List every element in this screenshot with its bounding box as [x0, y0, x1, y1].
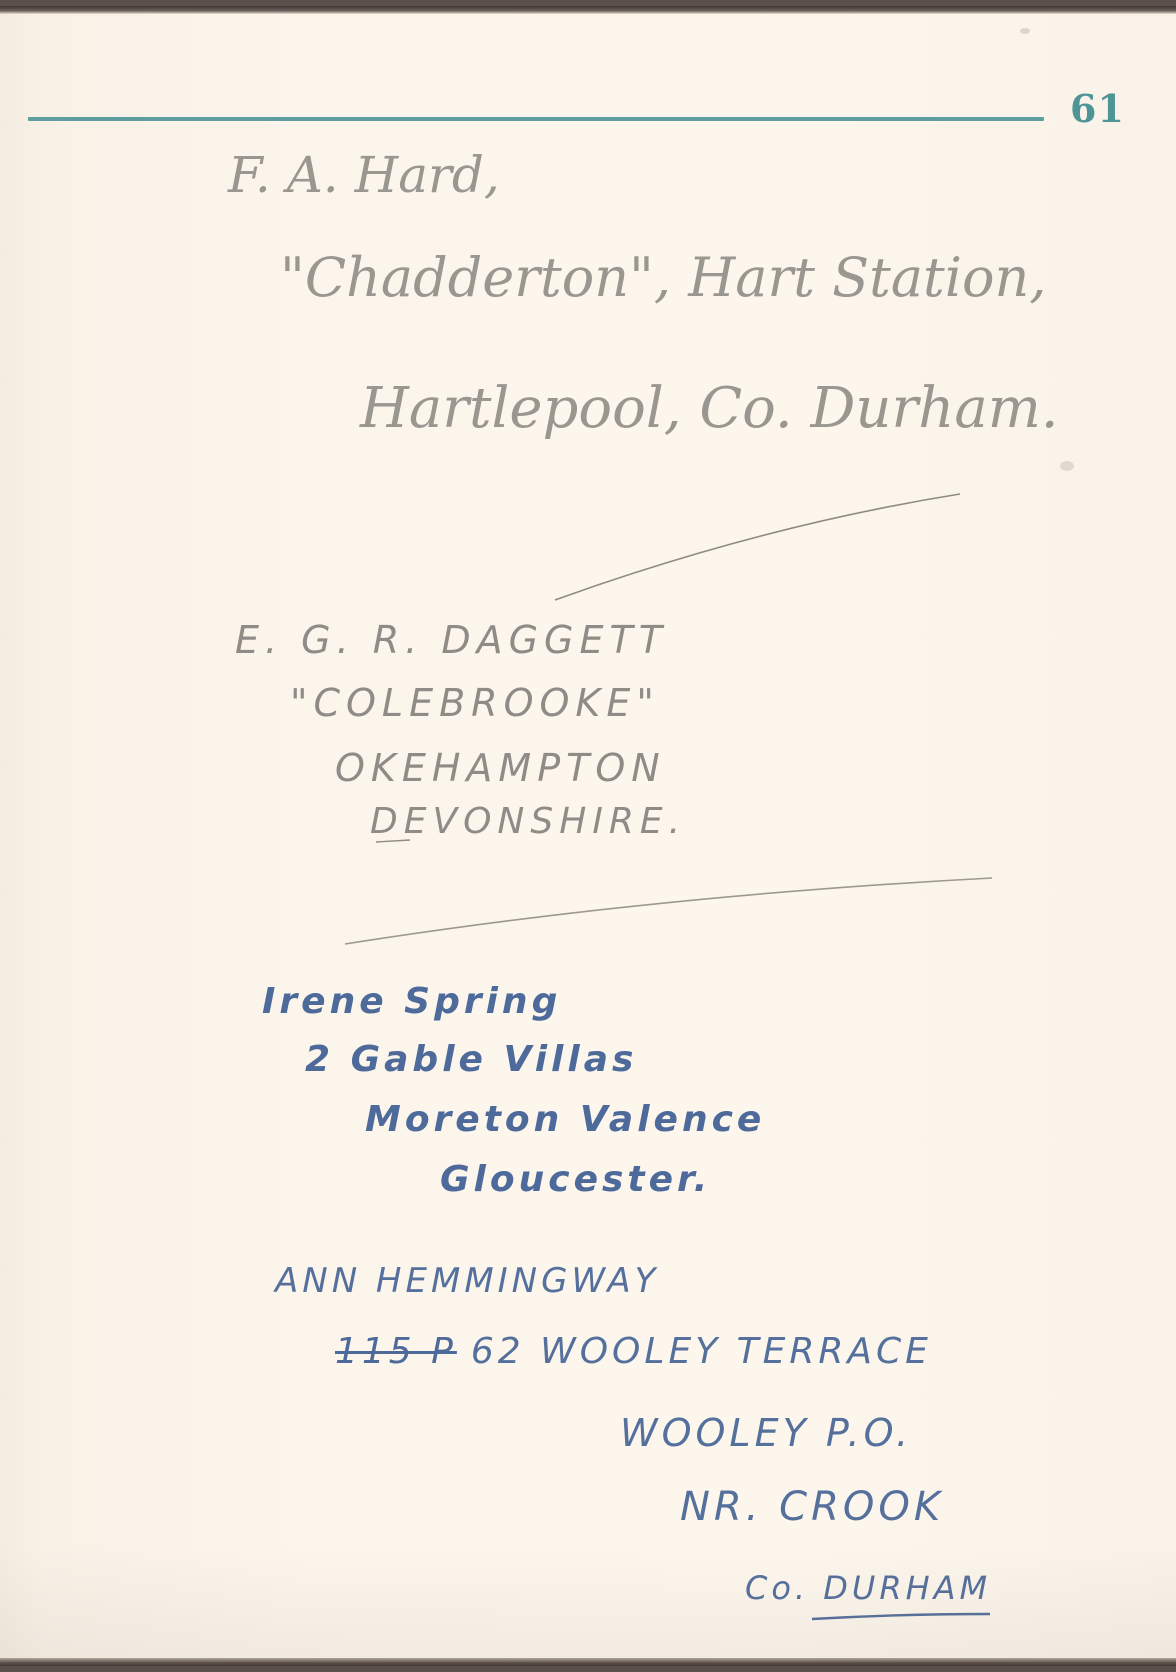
header-rule	[28, 117, 1044, 121]
divider-line-1	[555, 494, 960, 600]
entry-daggett-name: E. G. R. DAGGETT	[235, 618, 668, 662]
entry-hard-address-line-1: "Chadderton", Hart Station,	[280, 246, 1046, 309]
underline-durham	[812, 1614, 990, 1619]
entry-hemmingway-street: 62 WOOLEY TERRACE	[471, 1331, 932, 1372]
entry-hemmingway-address-line-2: WOOLEY P.O.	[620, 1411, 912, 1455]
entry-spring-name: Irene Spring	[262, 981, 561, 1022]
entry-daggett-county: DEVONSHIRE.	[370, 801, 686, 842]
entry-spring-address-line-1: 2 Gable Villas	[305, 1039, 637, 1080]
entry-daggett-house: "COLEBROOKE"	[290, 681, 660, 725]
paper-smudge	[1020, 28, 1030, 34]
struck-out-house-number: 115 P	[335, 1331, 457, 1372]
entry-hemmingway-address-line-1: 115 P62 WOOLEY TERRACE	[335, 1331, 932, 1372]
entry-daggett-town: OKEHAMPTON	[335, 746, 666, 790]
entry-hard-address-line-2: Hartlepool, Co. Durham.	[360, 376, 1059, 441]
entry-hemmingway-address-line-3: NR. CROOK	[680, 1484, 944, 1530]
paper-mark	[1060, 461, 1074, 471]
page-bottom-edge	[0, 1658, 1176, 1666]
entry-spring-address-line-2: Moreton Valence	[365, 1099, 765, 1140]
page-top-edge	[0, 6, 1176, 14]
page-number: 61	[1070, 86, 1125, 131]
autograph-book-page: 61 F. A. Hard, "Chadderton", Hart Statio…	[0, 6, 1176, 1666]
entry-hemmingway-address-line-4: Co. DURHAM	[745, 1569, 991, 1607]
divider-line-2	[345, 878, 992, 944]
entry-hemmingway-name: ANN HEMMINGWAY	[275, 1261, 659, 1301]
entry-spring-address-line-3: Gloucester.	[440, 1159, 711, 1200]
entry-hard-name: F. A. Hard,	[228, 146, 500, 204]
